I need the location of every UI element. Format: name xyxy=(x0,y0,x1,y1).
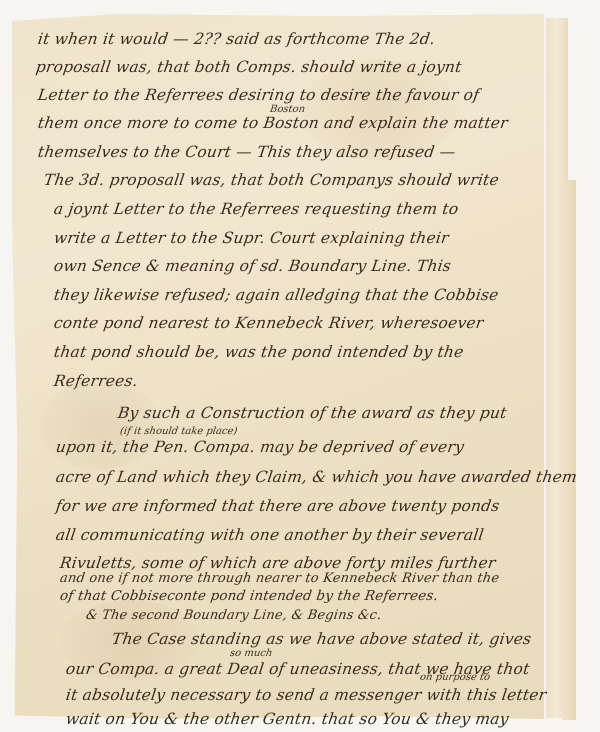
text-line: it when it would — 2?? said as forthcome… xyxy=(37,30,437,48)
text-line: proposall was, that both Comps. should w… xyxy=(35,58,463,76)
text-line: write a Letter to the Supr. Court explai… xyxy=(53,229,450,247)
text-line: By such a Construction of the award as t… xyxy=(117,404,508,422)
insertion: (if it should take place) xyxy=(119,426,238,437)
text-line: it absolutely necessary to send a messen… xyxy=(65,686,548,704)
text-line: The Case standing as we have above state… xyxy=(111,630,533,648)
text-line: that pond should be, was the pond intend… xyxy=(53,343,465,361)
text-line: Letter to the Referrees desiring to desi… xyxy=(37,86,481,104)
text-line: they likewise refused; again alledging t… xyxy=(53,286,500,304)
text-line: themselves to the Court — This they also… xyxy=(37,143,457,161)
text-line: The 3d. proposall was, that both Company… xyxy=(43,171,500,189)
text-line: & The second Boundary Line, & Begins &c. xyxy=(85,608,383,623)
text-line: of that Cobbiseconte pond intended by th… xyxy=(59,588,439,604)
text-line: for we are informed that there are above… xyxy=(55,497,501,515)
text-line: upon it, the Pen. Compa. may be deprived… xyxy=(55,438,466,456)
text-line: wait on You & the other Gentn. that so Y… xyxy=(65,710,510,728)
text-line: Rivuletts, some of which are above forty… xyxy=(59,554,497,572)
insertion: on purpose to xyxy=(419,672,490,683)
text-line: all communicating with one another by th… xyxy=(55,526,485,544)
text-line: own Sence & meaning of sd. Boundary Line… xyxy=(53,257,453,275)
text-line: them once more to come to Boston and exp… xyxy=(37,114,509,132)
text-line: acre of Land which they Claim, & which y… xyxy=(55,468,579,486)
handwritten-text: it when it would — 2?? said as forthcome… xyxy=(0,0,600,732)
text-line: conte pond nearest to Kennebeck River, w… xyxy=(53,314,485,332)
insertion: so much xyxy=(229,648,273,659)
text-line: and one if not more through nearer to Ke… xyxy=(59,571,500,586)
text-line: a joynt Letter to the Referrees requesti… xyxy=(53,200,460,218)
text-line: Referrees. xyxy=(53,372,139,390)
